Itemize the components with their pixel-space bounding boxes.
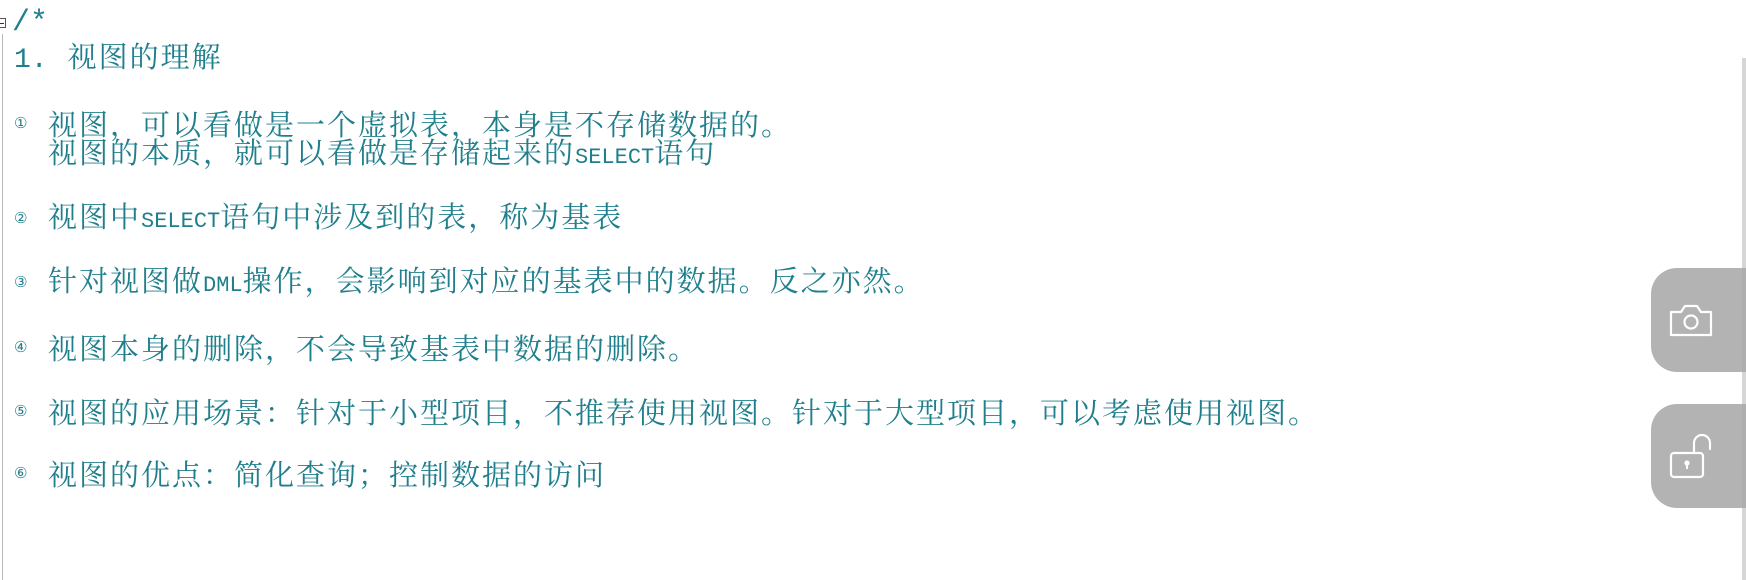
comment-open: /* (12, 6, 48, 40)
camera-icon (1668, 302, 1714, 338)
item-text: 视图的应用场景：针对于小型项目，不推荐使用视图。针对于大型项目，可以考虑使用视图… (48, 396, 1319, 430)
item-text: 视图的优点：简化查询；控制数据的访问 (48, 458, 606, 492)
circled-number-4: ④ (14, 330, 48, 364)
item-text-before: 针对视图做 (48, 264, 203, 298)
circled-number-6: ⑥ (14, 456, 48, 490)
item-text-after: 操作，会影响到对应的基表中的数据。反之亦然。 (243, 264, 925, 298)
unlock-icon (1668, 431, 1714, 481)
circled-number-5: ⑤ (14, 394, 48, 428)
list-item-1-continuation: 视图的本质，就可以看做是存储起来的SELECT语句 (48, 136, 716, 175)
sql-keyword: SELECT (141, 209, 220, 234)
gutter-line (2, 34, 3, 580)
circled-number-3: ③ (14, 265, 48, 299)
list-item-2: ②视图中SELECT语句中涉及到的表，称为基表 (14, 200, 623, 239)
list-item-6: ⑥视图的优点：简化查询；控制数据的访问 (14, 456, 606, 492)
unlock-button[interactable] (1651, 404, 1746, 508)
list-item-3: ③针对视图做DML操作，会影响到对应的基表中的数据。反之亦然。 (14, 264, 925, 303)
item-text-after: 语句 (654, 136, 716, 170)
heading-line: 1.视图的理解 (14, 40, 223, 78)
list-item-5: ⑤视图的应用场景：针对于小型项目，不推荐使用视图。针对于大型项目，可以考虑使用视… (14, 394, 1319, 430)
item-text-after: 语句中涉及到的表，称为基表 (220, 200, 623, 234)
list-item-4: ④视图本身的删除，不会导致基表中数据的删除。 (14, 330, 699, 366)
circled-number-1: ① (14, 106, 48, 140)
sql-keyword: SELECT (575, 145, 654, 170)
item-text-before: 视图中 (48, 200, 141, 234)
code-editor[interactable]: /* 1.视图的理解 ①视图，可以看做是一个虚拟表，本身是不存储数据的。 视图的… (0, 0, 1746, 580)
fold-collapse-icon[interactable] (0, 18, 6, 28)
item-text: 视图本身的删除，不会导致基表中数据的删除。 (48, 332, 699, 366)
heading-number: 1. (14, 45, 48, 76)
heading-title: 视图的理解 (68, 40, 223, 74)
sql-keyword: DML (203, 273, 243, 298)
screenshot-button[interactable] (1651, 268, 1746, 372)
item-text-before: 视图的本质，就可以看做是存储起来的 (48, 136, 575, 170)
circled-number-2: ② (14, 201, 48, 235)
